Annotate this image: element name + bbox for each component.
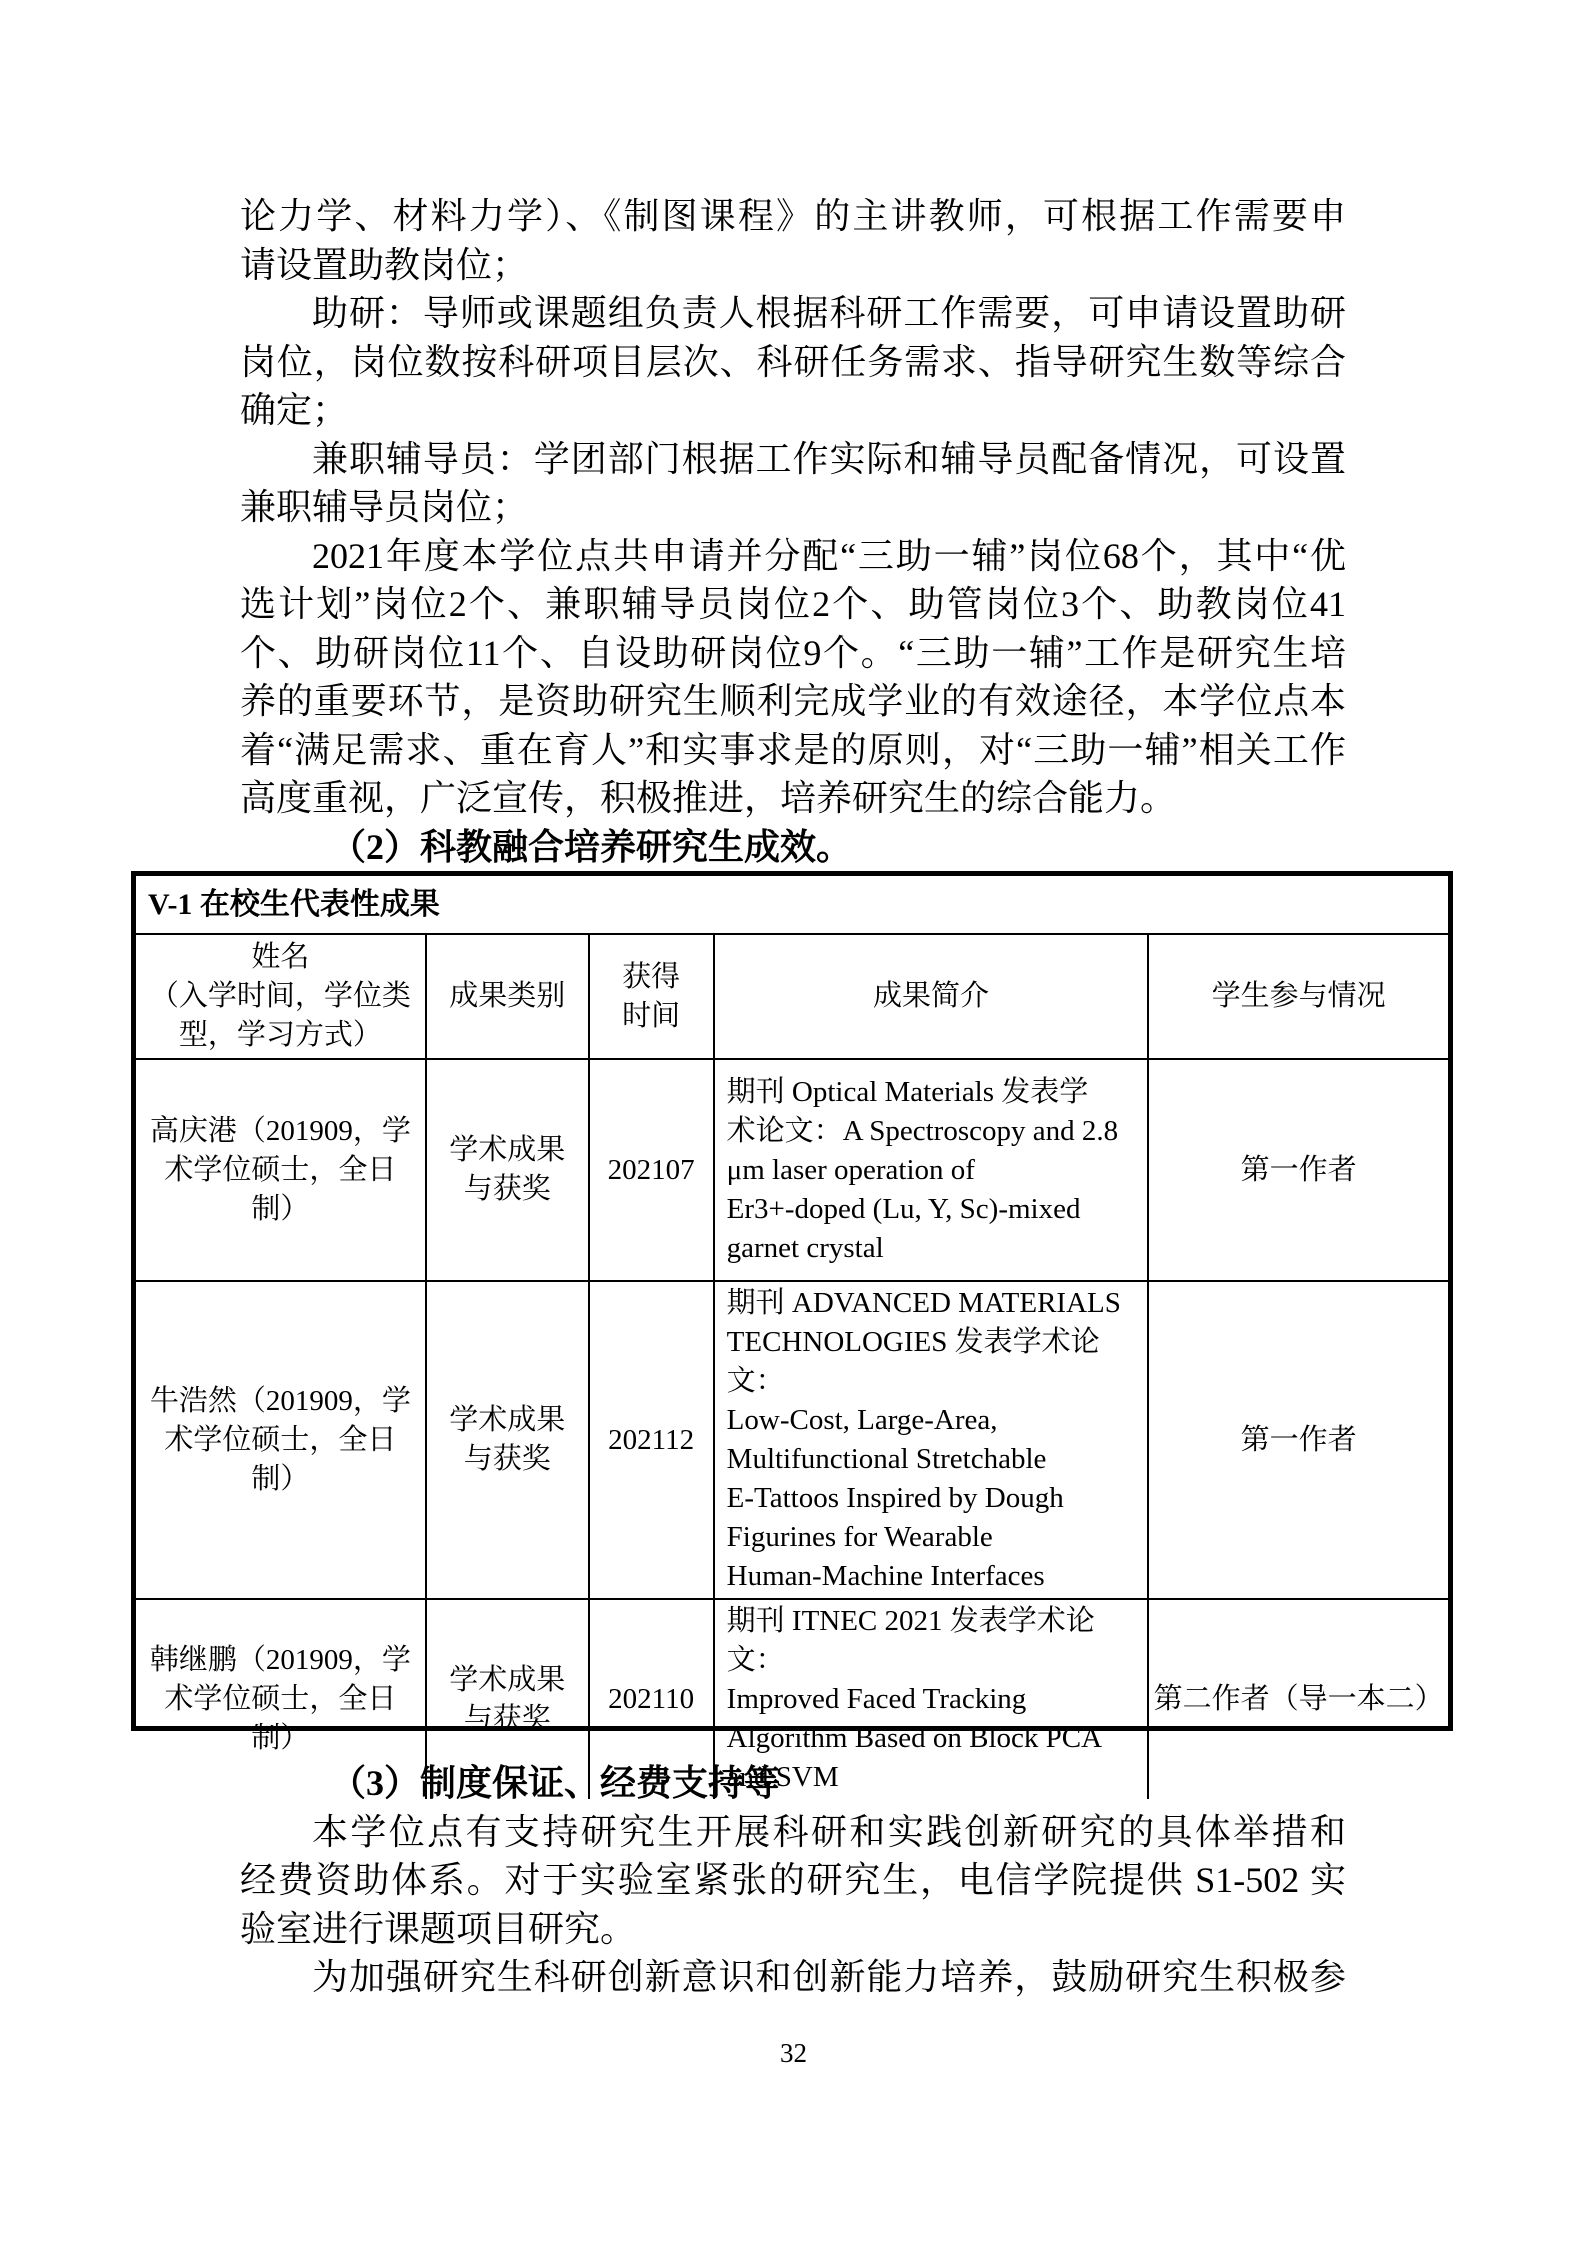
header-name: 姓名 （入学时间，学位类 型，学习方式） <box>136 935 426 1059</box>
cell-category: 学术成果 与获奖 <box>426 1281 589 1599</box>
body-text-bottom: （3）制度保证、经费支持等 本学位点有支持研究生开展科研和实践创新研究的具体举措… <box>240 1759 1346 2002</box>
cell-participation: 第一作者 <box>1148 1281 1448 1599</box>
body-line: 养的重要环节，是资助研究生顺利完成学业的有效途径，本学位点本 <box>240 677 1346 726</box>
section-heading-3: （3）制度保证、经费支持等 <box>240 1759 1346 1808</box>
cell-participation: 第一作者 <box>1148 1059 1448 1281</box>
body-line: 岗位，岗位数按科研项目层次、科研任务需求、指导研究生数等综合 <box>240 338 1346 387</box>
body-line: 经费资助体系。对于实验室紧张的研究生，电信学院提供 S1-502 实 <box>240 1856 1346 1905</box>
cell-name: 牛浩然（201909，学 术学位硕士，全日 制） <box>136 1281 426 1599</box>
body-line: 个、助研岗位11个、自设助研岗位9个。“三助一辅”工作是研究生培 <box>240 629 1346 678</box>
page-number: 32 <box>0 2038 1587 2069</box>
body-line: 本学位点有支持研究生开展科研和实践创新研究的具体举措和 <box>240 1808 1346 1857</box>
section-heading-2: （2）科教融合培养研究生成效。 <box>240 823 1346 872</box>
body-line: 高度重视，广泛宣传，积极推进，培养研究生的综合能力。 <box>240 774 1346 823</box>
table-row: 牛浩然（201909，学 术学位硕士，全日 制） 学术成果 与获奖 202112… <box>136 1281 1448 1599</box>
table-header-row: 姓名 （入学时间，学位类 型，学习方式） 成果类别 获得 时间 成果简介 学生参… <box>136 935 1448 1059</box>
body-line: 验室进行课题项目研究。 <box>240 1905 1346 1954</box>
body-text-top: 论力学、材料力学）、《制图课程》的主讲教师，可根据工作需要申 请设置助教岗位； … <box>240 192 1346 871</box>
body-line: 着“满足需求、重在育人”和实事求是的原则，对“三助一辅”相关工作 <box>240 726 1346 775</box>
body-line: 论力学、材料力学）、《制图课程》的主讲教师，可根据工作需要申 <box>240 192 1346 241</box>
body-line: 兼职辅导员：学团部门根据工作实际和辅导员配备情况，可设置 <box>240 435 1346 484</box>
header-participation: 学生参与情况 <box>1148 935 1448 1059</box>
cell-category: 学术成果 与获奖 <box>426 1059 589 1281</box>
results-table: V-1 在校生代表性成果 姓名 （入学时间，学位类 型，学习方式） 成果类别 获… <box>131 871 1453 1731</box>
cell-name: 高庆港（201909，学 术学位硕士，全日 制） <box>136 1059 426 1281</box>
body-line: 为加强研究生科研创新意识和创新能力培养，鼓励研究生积极参 <box>240 1953 1346 2002</box>
table-title: V-1 在校生代表性成果 <box>136 876 1448 935</box>
body-line: 确定； <box>240 386 1346 435</box>
document-page: 论力学、材料力学）、《制图课程》的主讲教师，可根据工作需要申 请设置助教岗位； … <box>0 0 1587 2245</box>
body-line: 2021年度本学位点共申请并分配“三助一辅”岗位68个，其中“优 <box>240 532 1346 581</box>
cell-summary: 期刊 Optical Materials 发表学 术论文：A Spectrosc… <box>714 1059 1149 1281</box>
body-line: 兼职辅导员岗位； <box>240 483 1346 532</box>
body-line: 选计划”岗位2个、兼职辅导员岗位2个、助管岗位3个、助教岗位41 <box>240 580 1346 629</box>
header-summary: 成果简介 <box>714 935 1149 1059</box>
table-grid: 姓名 （入学时间，学位类 型，学习方式） 成果类别 获得 时间 成果简介 学生参… <box>136 935 1448 1799</box>
cell-time: 202112 <box>589 1281 714 1599</box>
cell-time: 202107 <box>589 1059 714 1281</box>
header-category: 成果类别 <box>426 935 589 1059</box>
body-line: 助研：导师或课题组负责人根据科研工作需要，可申请设置助研 <box>240 289 1346 338</box>
cell-summary: 期刊 ADVANCED MATERIALS TECHNOLOGIES 发表学术论… <box>714 1281 1149 1599</box>
body-line: 请设置助教岗位； <box>240 241 1346 290</box>
table-row: 高庆港（201909，学 术学位硕士，全日 制） 学术成果 与获奖 202107… <box>136 1059 1448 1281</box>
header-time: 获得 时间 <box>589 935 714 1059</box>
